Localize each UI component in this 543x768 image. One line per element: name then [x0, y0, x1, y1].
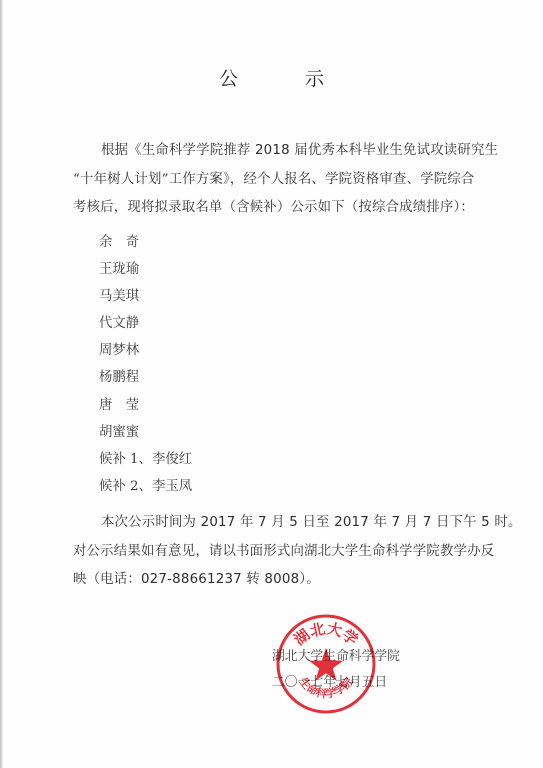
list-item: 胡蜜蜜 [99, 419, 192, 446]
intro-line-3: 考核后，现将拟录取名单（含候补）公示如下（按综合成绩排序）： [73, 194, 473, 223]
notice-text: ）。 [299, 572, 319, 587]
seal-bottom-text: 生命科学学院 [296, 674, 355, 701]
notice-text: 日下午 [431, 515, 481, 530]
list-item: 代文静 [99, 310, 192, 337]
intro-year: 2018 [255, 143, 290, 158]
official-seal-icon: 湖北大学 生命科学学院 [274, 612, 378, 716]
document-page: 公 示 根据《生命科学学院推荐 2018 届优秀本科毕业生免试攻读研究生 “十年… [0, 0, 543, 768]
phone-number: 027-88661237 [141, 572, 242, 587]
notice-text: 年 [235, 515, 258, 530]
notice-text: 日至 [298, 515, 334, 530]
list-item: 唐 莹 [99, 392, 192, 419]
phone-extension: 8008 [264, 572, 299, 587]
list-item-alternate: 候补 2、李玉凤 [99, 473, 192, 500]
intro-line-1: 根据《生命科学学院推荐 2018 届优秀本科毕业生免试攻读研究生 [73, 137, 473, 166]
list-item-alternate: 候补 1、李俊红 [99, 446, 192, 473]
notice-line-1: 本次公示时间为 2017 年 7 月 5 日至 2017 年 7 月 7 日下午… [73, 509, 473, 538]
scan-edge-shadow [0, 0, 3, 768]
list-item: 杨鹏程 [99, 364, 192, 391]
start-month: 7 [258, 515, 267, 530]
intro-line-2: “十年树人计划”工作方案》，经个人报名、学院资格审查、学院综合 [73, 166, 473, 195]
notice-text: 月 [267, 515, 290, 530]
notice-line-2: 对公示结果如有意见，请以书面形式向湖北大学生命科学学院教学办反 [73, 538, 473, 567]
start-year: 2017 [201, 515, 236, 530]
candidate-list: 余 奇 王珑瑜 马美琪 代文静 周梦林 杨鹏程 唐 莹 胡蜜蜜 候补 1、李俊红… [99, 229, 192, 500]
intro-text: 根据《生命科学学院推荐 [101, 143, 255, 158]
page-title: 公 示 [0, 64, 543, 91]
list-item: 周梦林 [99, 337, 192, 364]
end-hour: 5 [481, 515, 490, 530]
end-month: 7 [392, 515, 401, 530]
notice-text: 年 [369, 515, 392, 530]
list-item: 王珑瑜 [99, 256, 192, 283]
intro-text: 届优秀本科毕业生免试攻读研究生 [290, 143, 498, 158]
notice-text: 转 [242, 572, 265, 587]
notice-text: 月 [400, 515, 423, 530]
notice-paragraph: 本次公示时间为 2017 年 7 月 5 日至 2017 年 7 月 7 日下午… [73, 509, 473, 595]
notice-line-3: 映（电话：027-88661237 转 8008）。 [73, 566, 473, 595]
notice-text: 时。 [490, 515, 522, 530]
end-year: 2017 [334, 515, 369, 530]
notice-text: 映（电话： [73, 572, 141, 587]
list-item: 余 奇 [99, 229, 192, 256]
notice-text: 本次公示时间为 [101, 515, 201, 530]
start-day: 5 [289, 515, 298, 530]
intro-paragraph: 根据《生命科学学院推荐 2018 届优秀本科毕业生免试攻读研究生 “十年树人计划… [73, 137, 473, 223]
list-item: 马美琪 [99, 283, 192, 310]
